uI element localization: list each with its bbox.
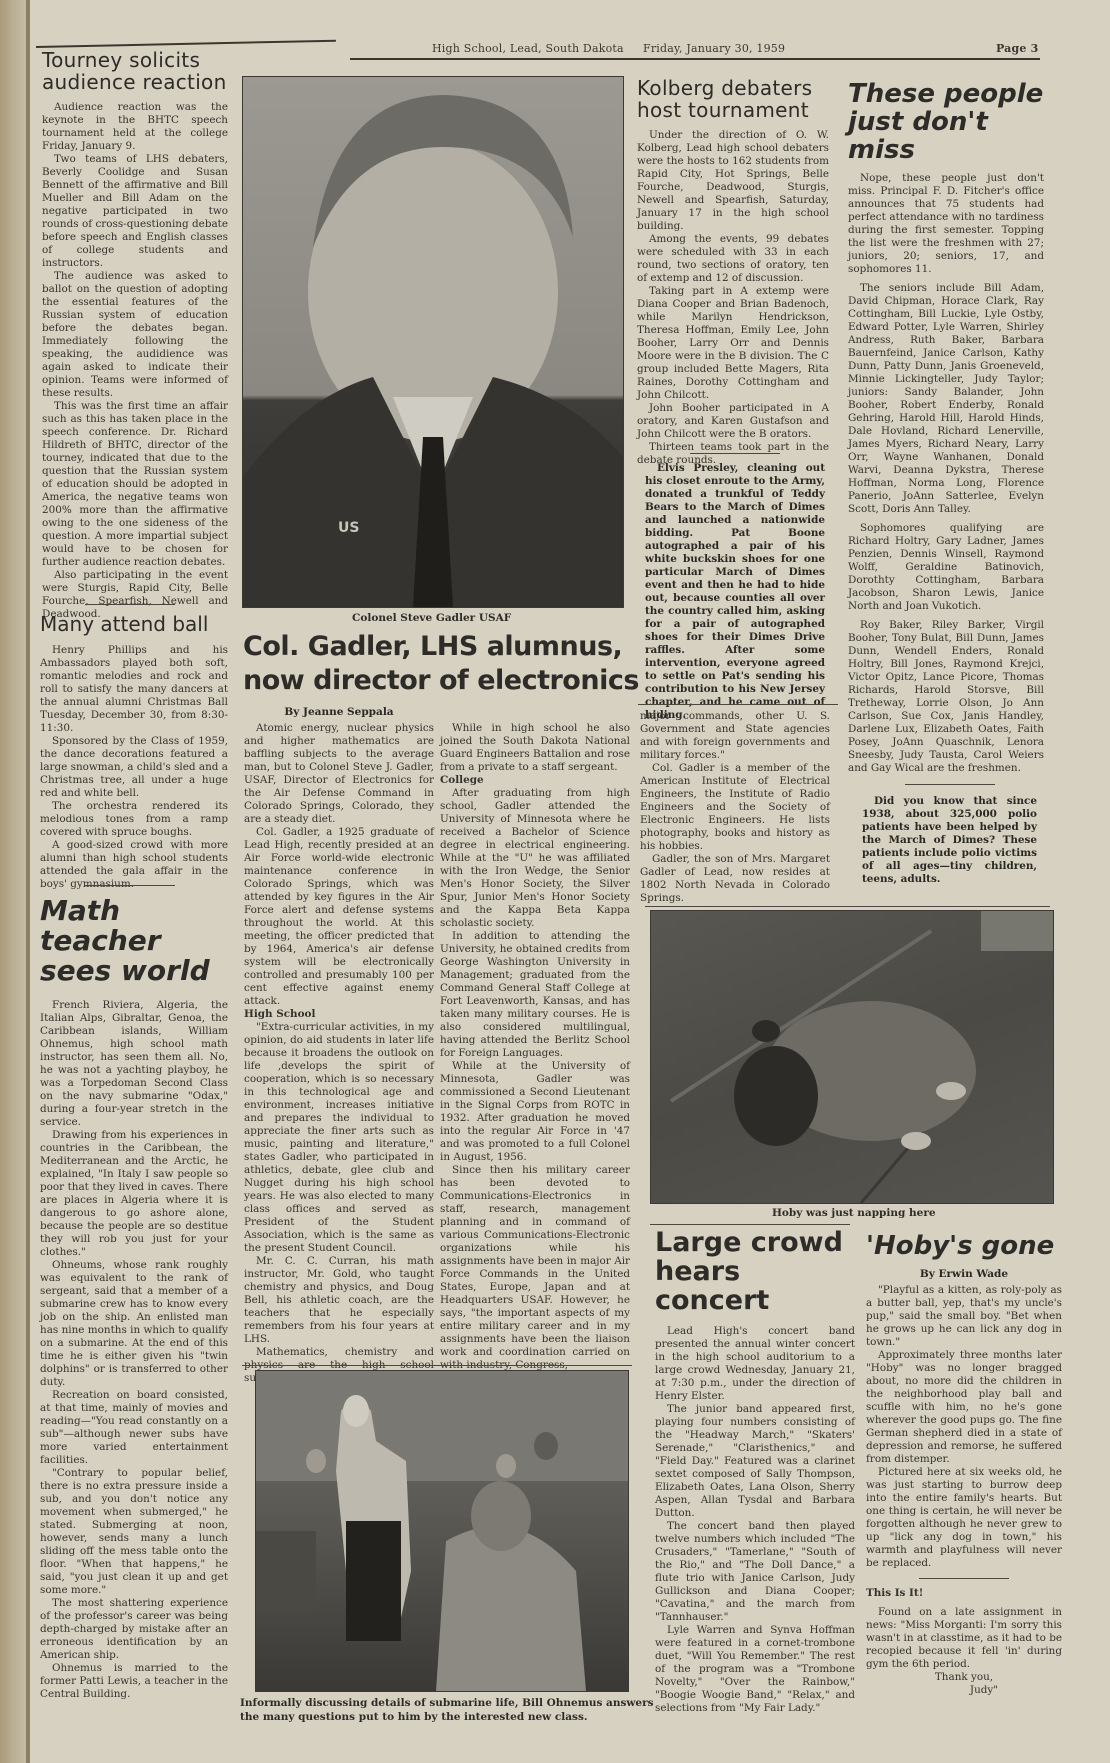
sleeping-puppy-icon	[651, 911, 1053, 1203]
hoby-photo-caption: Hoby was just napping here	[772, 1207, 936, 1219]
math-body: French Riviera, Algeria, the Italian Alp…	[40, 999, 228, 1701]
attendance-body: Nope, these people just don't miss. Prin…	[848, 172, 1044, 775]
classroom-scene-icon	[256, 1371, 628, 1691]
article-ball: Many attend ball Henry Phillips and his …	[40, 614, 228, 891]
article-concert: Large crowd hears concert Lead High's co…	[655, 1228, 855, 1715]
article-tourney: Tourney solicits audience reaction Audie…	[42, 50, 228, 621]
hoby-body: "Playful as a kitten, as roly-poly as a …	[866, 1284, 1062, 1570]
divider	[919, 1578, 1009, 1579]
divider	[638, 704, 838, 705]
headline-gadler: Col. Gadler, LHS alumnus, now director o…	[243, 630, 643, 698]
gadler-column-3: major commands, other U. S. Government a…	[640, 710, 830, 905]
headline-concert: Large crowd hears concert	[655, 1228, 855, 1315]
gadler-byline: By Jeanne Seppala	[244, 706, 434, 718]
submarine-class-photo	[255, 1370, 629, 1692]
divider	[905, 784, 995, 785]
portrait-silhouette-icon: US	[243, 77, 623, 607]
headline-attendance: These people just don't miss	[848, 80, 1044, 164]
divider	[650, 1224, 850, 1225]
headline-hobys-gone: 'Hoby's gone	[866, 1232, 1062, 1260]
concert-body: Lead High's concert band presented the a…	[655, 1325, 855, 1715]
hoby-byline: By Erwin Wade	[866, 1268, 1062, 1280]
tourney-body: Audience reaction was the keynote in the…	[42, 101, 228, 621]
page-binding-edge	[0, 0, 30, 1763]
masthead-page-number: Page 3	[996, 42, 1038, 55]
divider	[242, 1365, 632, 1366]
subhead-college: College	[440, 774, 630, 787]
article-attendance: These people just don't miss Nope, these…	[848, 80, 1044, 775]
article-kolberg: Kolberg debaters host tournament Under t…	[637, 78, 829, 467]
filler-polio: Did you know that since 1938, about 325,…	[862, 795, 1037, 886]
submarine-photo-caption: Informally discussing details of submari…	[240, 1696, 660, 1724]
masthead-date: Friday, January 30, 1959	[643, 42, 785, 55]
headline-ball: Many attend ball	[40, 614, 228, 636]
filler-elvis: Elvis Presley, cleaning out his closet e…	[645, 462, 825, 722]
this-is-it-heading: This Is It!	[866, 1587, 1062, 1600]
gadler-column-2: While in high school he also joined the …	[440, 722, 630, 1372]
masthead-location: High School, Lead, South Dakota	[432, 42, 624, 55]
article-this-is-it: This Is It! Found on a late assignment i…	[866, 1587, 1062, 1697]
colonel-photo-caption: Colonel Steve Gadler USAF	[352, 612, 511, 624]
headline-math-teacher: Math teacher sees world	[40, 896, 228, 987]
headline-kolberg: Kolberg debaters host tournament	[637, 78, 829, 121]
colonel-gadler-photo: US	[242, 76, 624, 608]
ball-body: Henry Phillips and his Ambassadors playe…	[40, 644, 228, 891]
svg-text:US: US	[338, 520, 359, 536]
divider	[85, 604, 175, 605]
divider	[690, 453, 780, 454]
divider	[85, 885, 175, 886]
subhead-high-school: High School	[244, 1008, 434, 1021]
article-math-teacher: Math teacher sees world French Riviera, …	[40, 896, 228, 1701]
headline-tourney: Tourney solicits audience reaction	[42, 50, 228, 93]
masthead-rule-right	[350, 58, 1040, 60]
gadler-column-1: By Jeanne Seppala Atomic energy, nuclear…	[244, 704, 434, 1385]
article-hobys-gone: 'Hoby's gone By Erwin Wade "Playful as a…	[866, 1232, 1062, 1697]
hoby-puppy-photo	[650, 910, 1054, 1204]
kolberg-body: Under the direction of O. W. Kolberg, Le…	[637, 129, 829, 467]
divider	[645, 906, 1050, 907]
